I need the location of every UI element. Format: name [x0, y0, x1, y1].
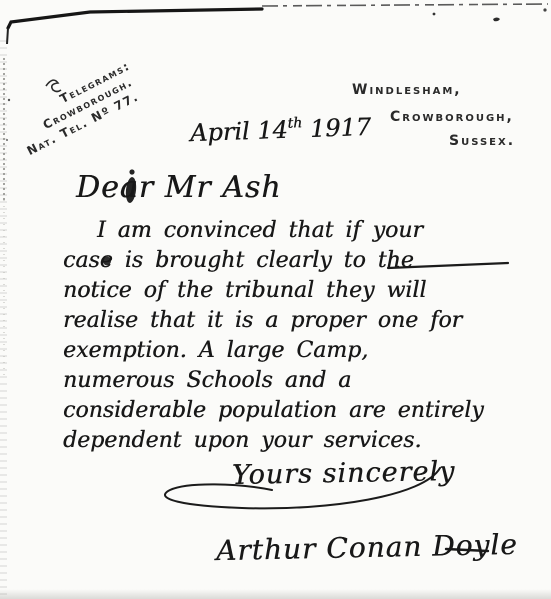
body-line: I am convinced that if your: [63, 216, 533, 246]
body-line: numerous Schools and a: [63, 366, 533, 396]
letter-body: I am convinced that if your case is brou…: [63, 216, 533, 456]
body-line: notice of the tribunal they will: [63, 276, 533, 306]
date-ordinal-suffix: th: [287, 115, 302, 132]
greeting-line: Dear Mr Ash: [76, 170, 282, 205]
letterhead-address-line3: Sussex.: [449, 133, 515, 149]
body-line: realise that it is a proper one for: [63, 306, 533, 336]
closing-line: Yours sincerely: [232, 456, 456, 491]
letterhead-address-line2: Crowborough,: [390, 109, 514, 125]
letterhead-address-line1: Windlesham,: [352, 82, 462, 98]
body-line: exemption. A large Camp,: [63, 336, 533, 366]
body-line: dependent upon your services.: [63, 426, 533, 456]
handwritten-date: April 14th 1917: [190, 113, 372, 147]
signature-arthur-conan-doyle: Arthur Conan Doyle: [216, 528, 518, 567]
scanned-letter-page: Telegrams: Crowborough. Nat. Tel. Nº 77.…: [0, 0, 551, 599]
body-line: case is brought clearly to the: [63, 246, 533, 276]
date-day: April 14: [190, 116, 289, 147]
date-year: 1917: [309, 113, 371, 143]
body-line: considerable population are entirely: [63, 396, 533, 426]
